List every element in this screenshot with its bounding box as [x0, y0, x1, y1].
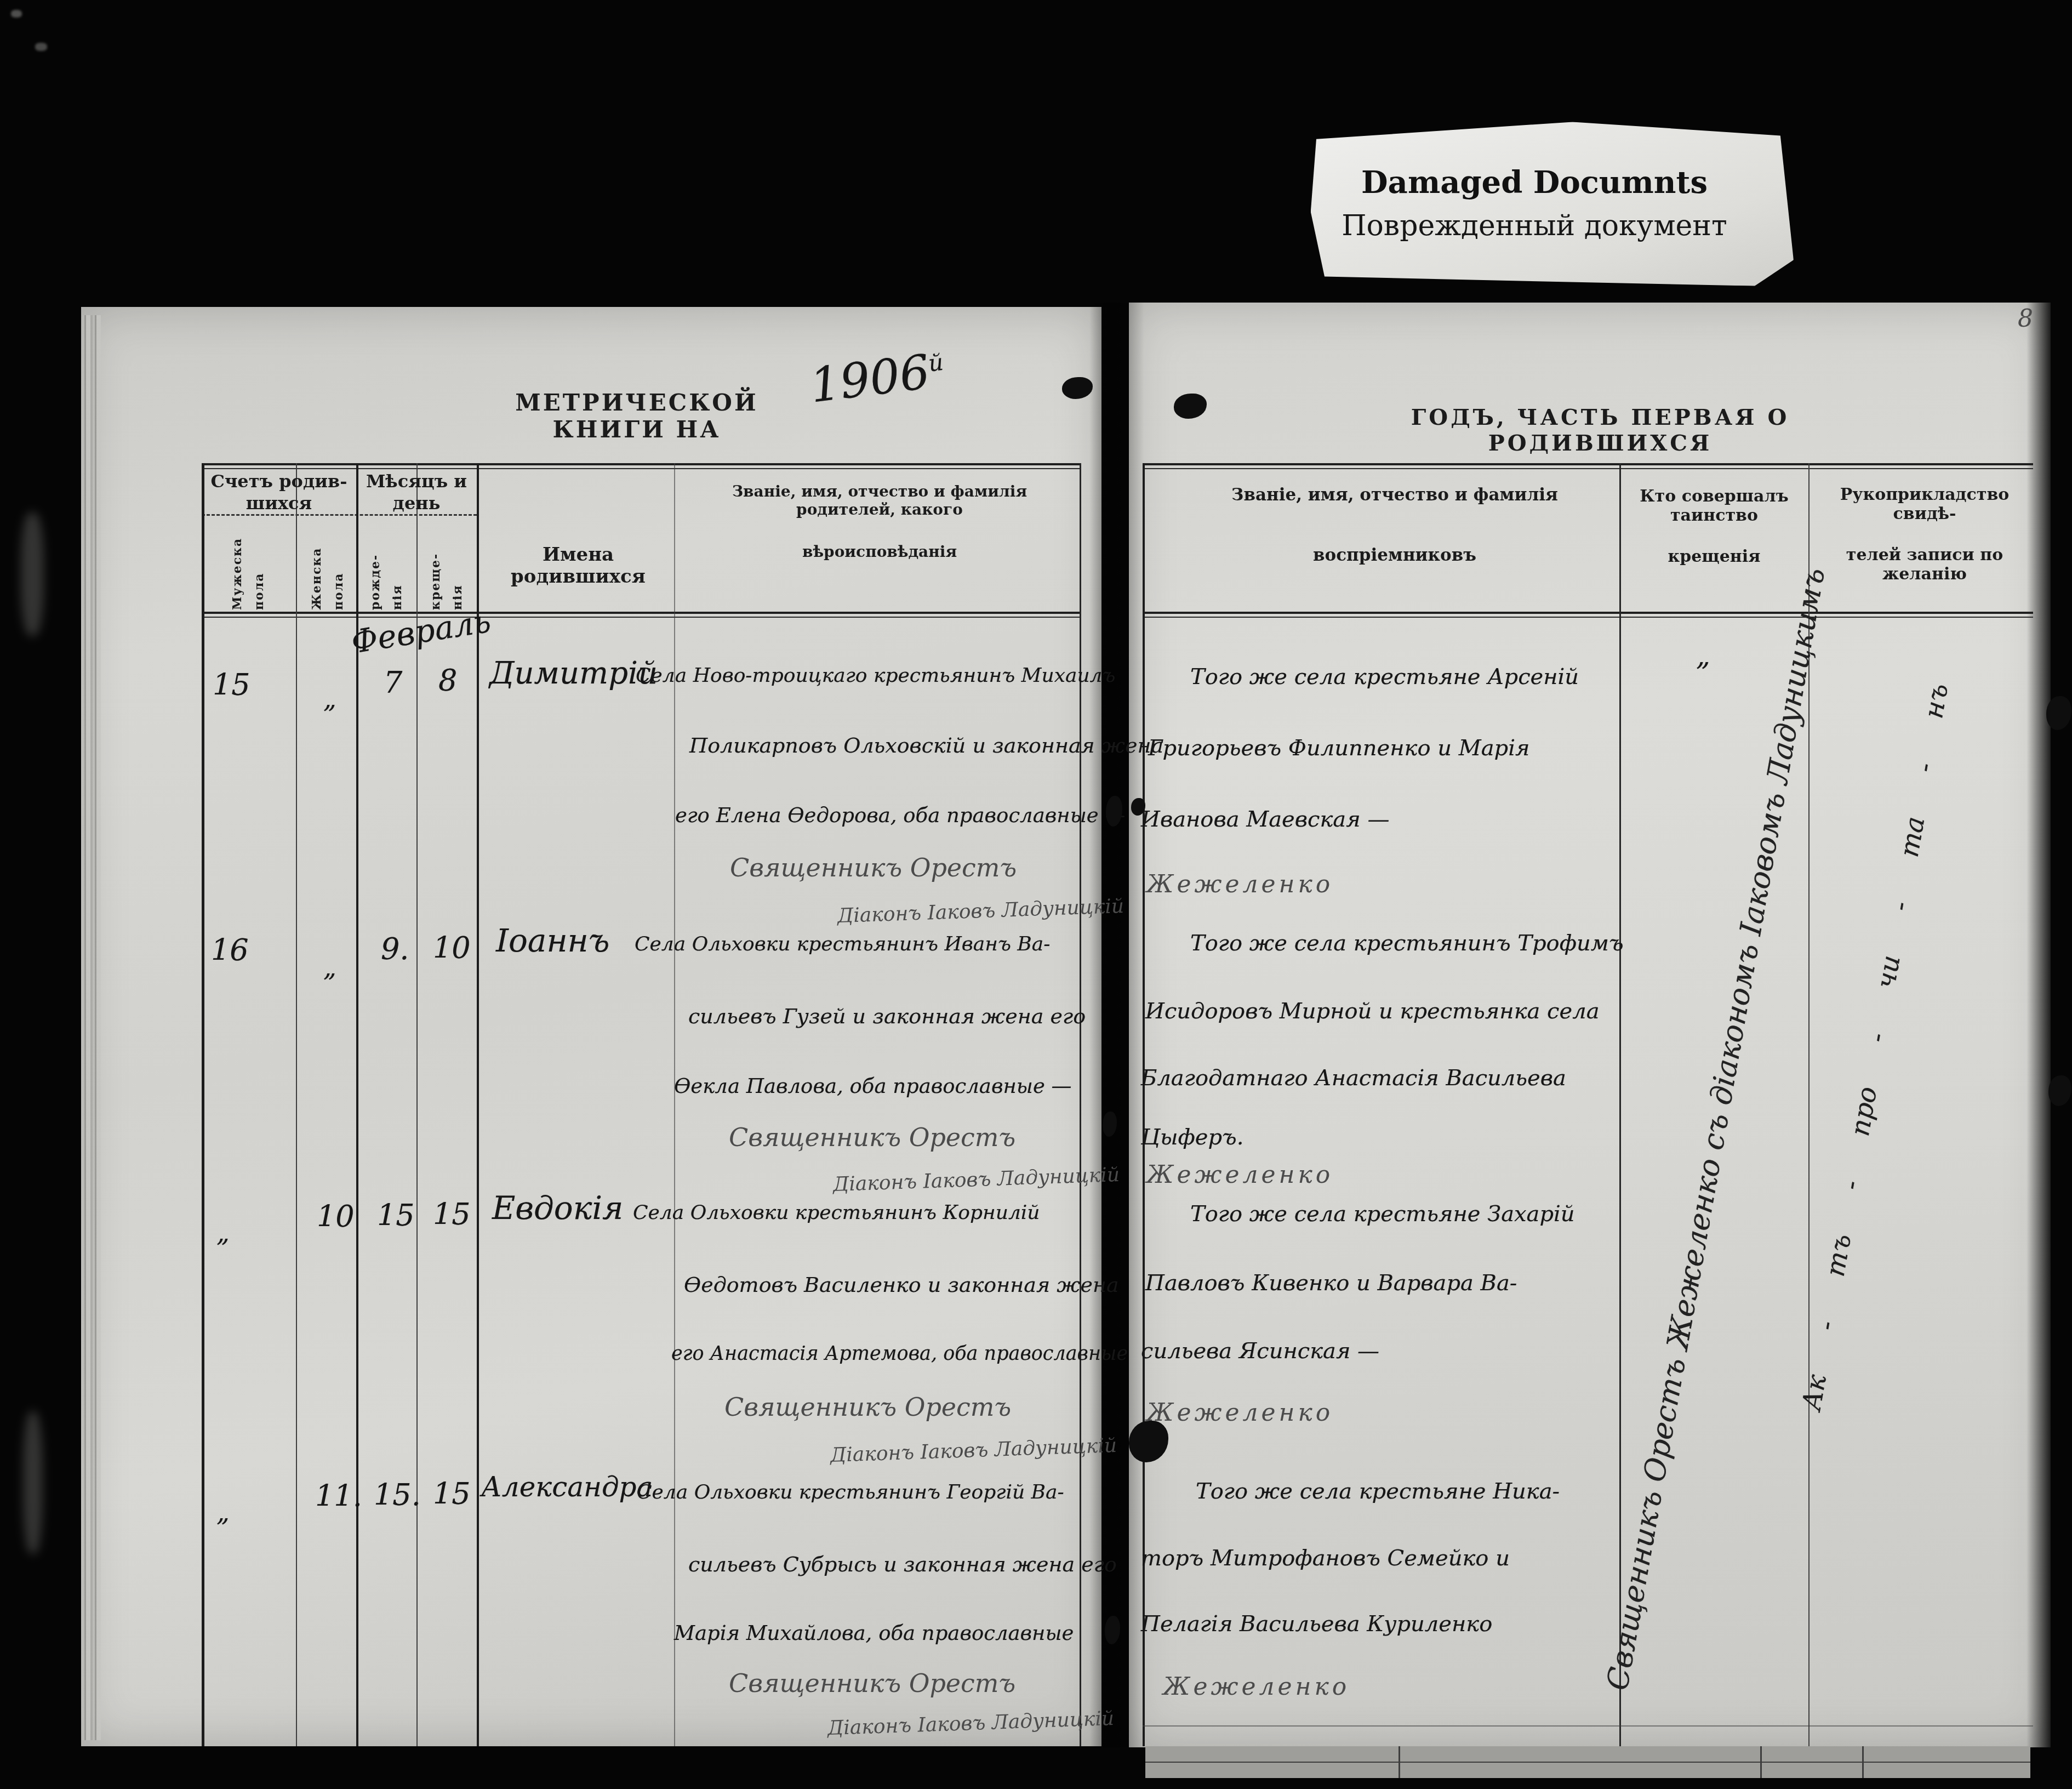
year-suffix: й — [927, 349, 945, 377]
entry-godparents-line: Того же села крестьяне Захарій — [1190, 1201, 1575, 1227]
header-baptized: креще- нія — [419, 520, 474, 610]
entry-clergy-sign: Священникъ Орестъ — [724, 1392, 1011, 1422]
entry-godparents-line: Иванова Маевская — — [1141, 807, 1389, 832]
entry-godparents-line: Исидоровъ Мирной и крестьянка села — [1145, 999, 1599, 1024]
book-gutter — [1089, 303, 1144, 1747]
page-stack-edge — [82, 315, 101, 1740]
header-line: день — [356, 492, 477, 514]
header-female: Женска пола — [299, 520, 356, 610]
entry-date-born: 15. — [374, 1478, 421, 1512]
entry-godparents-line: Пелагія Васильева Куриленко — [1141, 1611, 1492, 1637]
table-rule — [296, 463, 297, 1746]
entry-parents-line: Поликарповъ Ольховскій и законная жена — [689, 733, 1163, 757]
entry-godparents-line: сильева Ясинская — — [1141, 1338, 1379, 1364]
entry-date-baptized: 15 — [433, 1477, 471, 1511]
entry-parents-line: Ѳедотовъ Василенко и законная жена — [684, 1273, 1119, 1297]
header-born: рожде- нія — [359, 520, 414, 610]
damaged-label-subtitle: Поврежденный документ — [1326, 209, 1743, 242]
entry-num-female: „ — [323, 684, 336, 714]
entry-date-baptized: 15 — [433, 1197, 471, 1232]
entry-parents-line: Села Ольховки крестьянинъ Георгій Ва- — [637, 1481, 1064, 1503]
header-month-group: Мѣсяцъ и день — [356, 470, 477, 514]
header-word: пола — [252, 520, 266, 610]
entry-parents-line: Села Ново-троицкаго крестьянинъ Михаилъ — [636, 664, 1116, 687]
entry-name: Іоаннъ — [496, 922, 609, 959]
entry-num-male: 16 — [211, 933, 249, 967]
entry-num-female: 10 — [317, 1199, 355, 1234]
entry-godparents-line: Благодатнаго Анастасія Васильева — [1141, 1066, 1566, 1091]
entry-parents-line: сильевъ Субрысь и законная жена его — [688, 1552, 1117, 1576]
entry-parents-line: Ѳекла Павлова, оба православные — — [674, 1074, 1072, 1098]
header-word: нія — [450, 520, 465, 610]
margin-vertical-block: Ак - тъ - про - чи - та - нъ — [1820, 559, 1930, 1535]
table-rule — [202, 463, 1081, 469]
entry-date-baptized: 8 — [438, 663, 457, 698]
header-word: Мужеска — [230, 520, 244, 610]
bottom-sheet-tick — [1399, 1746, 1400, 1778]
entry-parents-line: Марія Михайлова, оба православные — [674, 1621, 1074, 1645]
entry-clergy-sign: Священникъ Орестъ — [729, 1668, 1015, 1698]
entry-num-female: 11. — [315, 1479, 362, 1513]
header-count-group: Счетъ родив- шихся — [202, 470, 356, 514]
ink-blob — [2048, 1075, 2071, 1106]
entry-parents-line: его Анастасія Артемова, оба православные — [671, 1343, 1128, 1365]
entry-godparents-line: торъ Митрофановъ Семейко и — [1141, 1546, 1510, 1571]
left-page-title: МЕТРИЧЕСКОЙ КНИГИ НА — [478, 389, 796, 443]
entry-parents-line: его Елена Ѳедорова, оба православные — — [675, 804, 1125, 827]
scanner-smudge — [23, 1411, 43, 1554]
bottom-sheet-tick — [1862, 1746, 1864, 1778]
entry-date-born: 9. — [381, 932, 409, 966]
entry-godparents-line: Цыферъ. — [1141, 1125, 1243, 1150]
entry-clergy-sign: Священникъ Орестъ — [730, 853, 1017, 882]
scanned-document: Damaged Documnts Поврежденный документ М… — [0, 0, 2072, 1789]
ink-blob — [2046, 696, 2071, 730]
header-word: нія — [390, 520, 404, 610]
entry-godparent-sign: Жежеленко — [1146, 1399, 1333, 1427]
scanner-smudge — [11, 10, 22, 18]
entry-godparents-line: Того же села крестьянинъ Трофимъ — [1190, 931, 1624, 956]
header-officiant-line1: Кто совершалъ таинство — [1621, 487, 1807, 525]
table-rule — [202, 514, 477, 516]
header-word: креще- — [429, 520, 443, 610]
entry-name: Евдокія — [492, 1189, 623, 1227]
entry-num-male: „ — [216, 1497, 230, 1527]
entry-date-born: 7 — [384, 665, 402, 700]
right-page-title: ГОДЪ, ЧАСТЬ ПЕРВАЯ О РОДИВШИХСЯ — [1345, 404, 1855, 456]
page-corner-mark: 8 — [2018, 305, 2033, 333]
table-rule — [477, 463, 479, 1746]
entry-parents-line: Села Ольховки крестьянинъ Иванъ Ва- — [635, 933, 1050, 955]
table-rule — [416, 463, 418, 1746]
entry-num-male: „ — [216, 1218, 230, 1247]
entry-godparents-line: Павловъ Кивенко и Варвара Ва- — [1145, 1270, 1517, 1296]
entry-name: Димитрій — [489, 656, 658, 691]
entry-godparent-sign: Жежеленко — [1146, 1161, 1333, 1189]
entry-godparent-sign: Жежеленко — [1163, 1673, 1350, 1701]
scanner-smudge — [21, 512, 44, 636]
header-witnesses-line1: Рукоприкладство свидѣ- — [1815, 485, 2034, 523]
header-godparents-line2: воспріемниковъ — [1189, 545, 1600, 565]
damaged-label-title: Damaged Documnts — [1326, 164, 1743, 201]
header-parents-line2: вѣроисповѣданія — [682, 543, 1077, 561]
entry-godparents-line: Того же села крестьяне Ника- — [1196, 1479, 1560, 1504]
header-parents-line1: Званіе, имя, отчество и фамилія родителе… — [682, 482, 1077, 519]
header-names: Имена родившихся — [482, 544, 674, 588]
officiant-vertical-block: Священникъ Орестъ Жежеленко съ діакономъ… — [1621, 630, 1810, 1628]
bottom-sheet-rule — [1145, 1762, 2030, 1763]
header-line: шихся — [202, 492, 356, 514]
entry-godparents-line: Того же села крестьяне Арсеній — [1190, 664, 1579, 690]
header-line: Счетъ родив- — [202, 470, 356, 492]
entry-num-female: „ — [323, 953, 336, 982]
officiant-vertical-text: Священникъ Орестъ Жежеленко съ діакономъ… — [1600, 565, 1831, 1693]
entry-clergy-sign: Священникъ Орестъ — [729, 1123, 1015, 1152]
header-officiant-line2: крещенія — [1621, 547, 1807, 566]
bottom-sheet-tick — [1760, 1746, 1762, 1778]
entry-date-baptized: 10 — [433, 931, 471, 965]
entry-parents-line: Села Ольховки крестьянинъ Корнилій — [633, 1201, 1040, 1224]
table-rule — [202, 612, 1081, 618]
entry-date-born: 15 — [377, 1198, 415, 1233]
table-rule — [202, 463, 204, 1746]
entry-godparents-line: Григорьевъ Филиппенко и Марія — [1148, 736, 1529, 761]
header-male: Мужеска пола — [207, 520, 289, 610]
entry-parents-line: сильевъ Гузей и законная жена его — [688, 1004, 1086, 1028]
damaged-label-card — [1310, 116, 1795, 286]
header-word: Женска — [310, 520, 324, 610]
header-line: Мѣсяцъ и — [356, 470, 477, 492]
header-godparents-line1: Званіе, имя, отчество и фамилія — [1189, 485, 1600, 505]
scanner-smudge — [35, 43, 47, 51]
entry-godparent-sign: Жежеленко — [1146, 870, 1333, 898]
header-word: пола — [332, 520, 346, 610]
table-rule — [1143, 463, 2033, 469]
table-rule — [674, 463, 675, 1746]
entry-num-male: 15 — [213, 668, 250, 702]
table-rule — [1143, 1725, 2033, 1727]
entry-name: Александра — [481, 1471, 653, 1503]
header-word: рожде- — [368, 520, 383, 610]
